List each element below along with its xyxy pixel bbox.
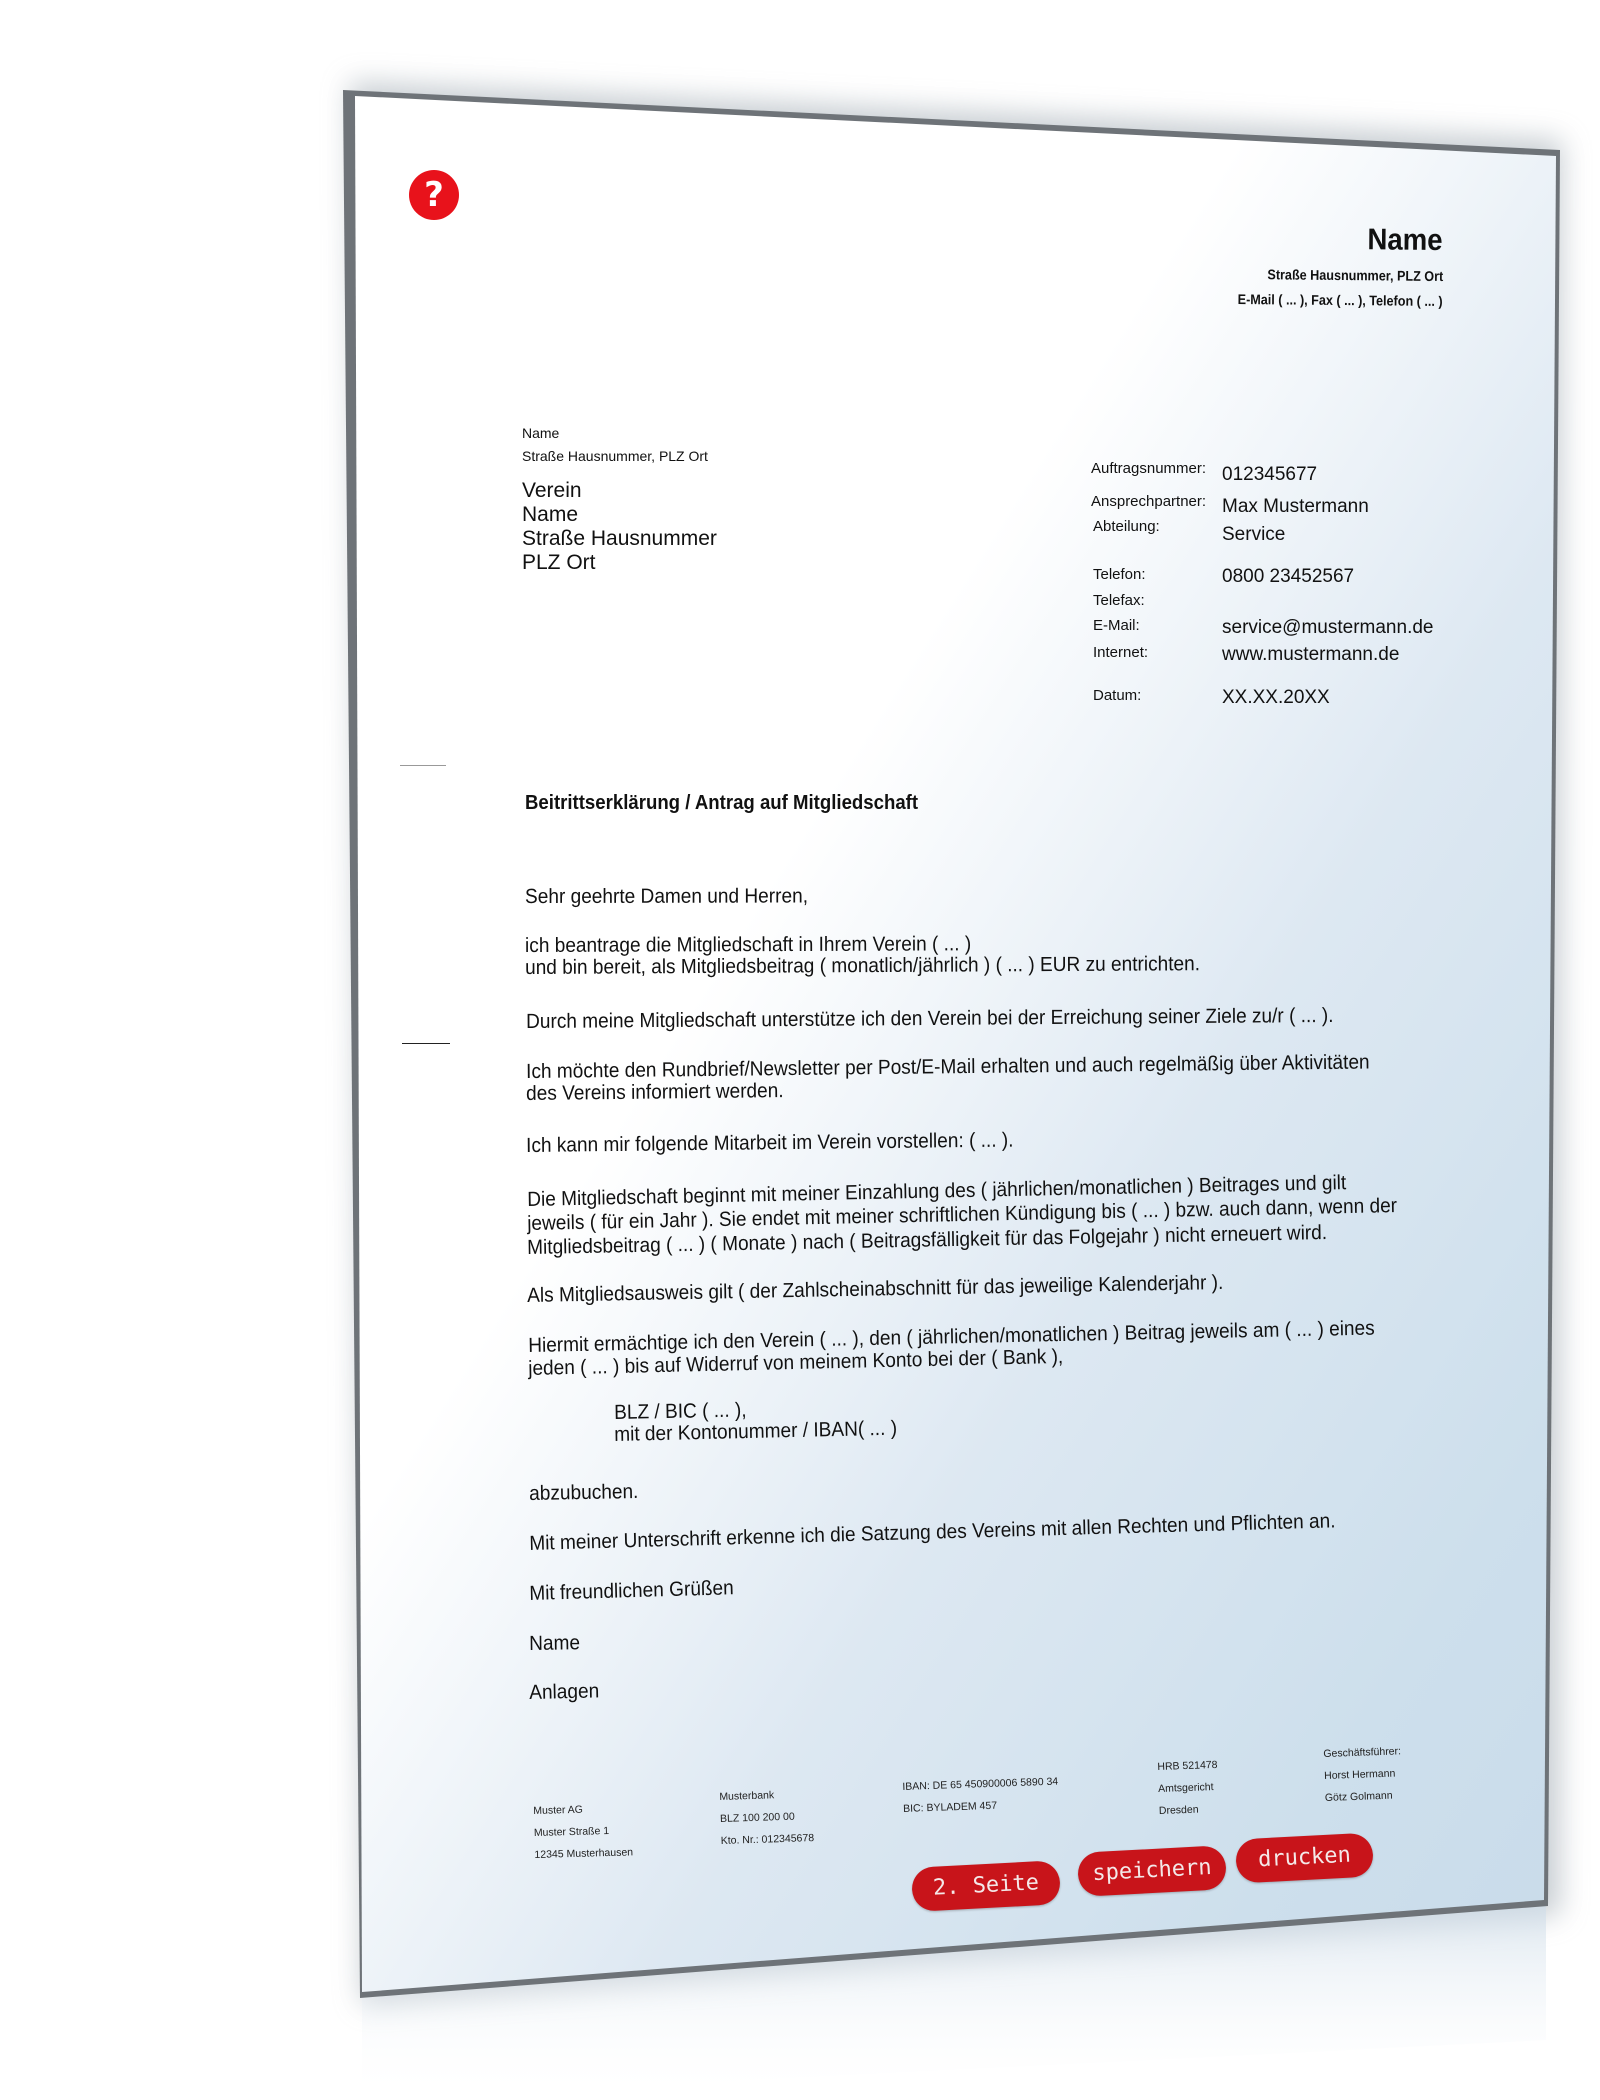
info-label: E-Mail: <box>1093 617 1140 634</box>
body-line: des Vereins informiert werden. <box>526 1079 784 1106</box>
help-button[interactable]: ? <box>409 170 459 220</box>
info-value: Service <box>1222 524 1285 546</box>
info-label: Internet: <box>1093 644 1148 661</box>
sender-name: Name <box>522 425 559 441</box>
info-label: Ansprechpartner: <box>1091 493 1206 510</box>
subject-line: Beitrittserklärung / Antrag auf Mitglied… <box>525 792 918 815</box>
info-label: Auftragsnummer: <box>1091 460 1206 477</box>
print-button[interactable]: drucken <box>1235 1832 1374 1883</box>
letterhead-address: Straße Hausnummer, PLZ Ort <box>1267 266 1443 284</box>
info-label: Telefon: <box>1093 566 1146 583</box>
fold-mark <box>400 765 446 766</box>
info-value: Max Mustermann <box>1222 496 1369 518</box>
recipient-line: Verein <box>522 479 717 503</box>
footer-register: HRB 521478 Amtsgericht Dresden <box>1157 1754 1219 1822</box>
info-label: Abteilung: <box>1093 518 1160 535</box>
recipient-address: Verein Name Straße Hausnummer PLZ Ort <box>522 479 717 575</box>
letterhead-name: Name <box>1368 223 1443 258</box>
salutation: Sehr geehrte Damen und Herren, <box>525 884 808 909</box>
recipient-line: Name <box>522 503 717 527</box>
footer-company: Muster AG Muster Straße 1 12345 Musterha… <box>533 1797 633 1866</box>
body-line: abzubuchen. <box>529 1480 639 1506</box>
sender-address: Straße Hausnummer, PLZ Ort <box>522 448 708 464</box>
info-value: XX.XX.20XX <box>1222 687 1330 709</box>
letterhead-contact: E-Mail ( ... ), Fax ( ... ), Telefon ( .… <box>1238 291 1443 309</box>
footer-bank: Musterbank BLZ 100 200 00 Kto. Nr.: 0123… <box>719 1783 814 1852</box>
info-value: 0800 23452567 <box>1222 566 1354 588</box>
info-value: www.mustermann.de <box>1222 644 1399 666</box>
info-value: 012345677 <box>1222 464 1317 486</box>
recipient-line: PLZ Ort <box>522 551 717 575</box>
save-button[interactable]: speichern <box>1077 1845 1227 1897</box>
punch-mark <box>402 1043 450 1044</box>
info-label: Datum: <box>1093 687 1141 704</box>
footer-iban: IBAN: DE 65 450900006 5890 34 BIC: BYLAD… <box>902 1771 1059 1820</box>
second-page-button[interactable]: 2. Seite <box>911 1860 1061 1912</box>
footer-management: Geschäftsführer: Horst Hermann Götz Golm… <box>1323 1740 1403 1809</box>
info-label: Telefax: <box>1093 592 1145 609</box>
info-value: service@mustermann.de <box>1222 617 1433 639</box>
signature-name: Name <box>529 1631 580 1656</box>
recipient-line: Straße Hausnummer <box>522 527 717 551</box>
document-preview: ? Name Straße Hausnummer, PLZ Ort E-Mail… <box>0 0 1600 2100</box>
question-mark-icon: ? <box>424 175 444 215</box>
body-line: und bin bereit, als Mitgliedsbeitrag ( m… <box>525 952 1200 980</box>
attachments: Anlagen <box>529 1679 599 1705</box>
